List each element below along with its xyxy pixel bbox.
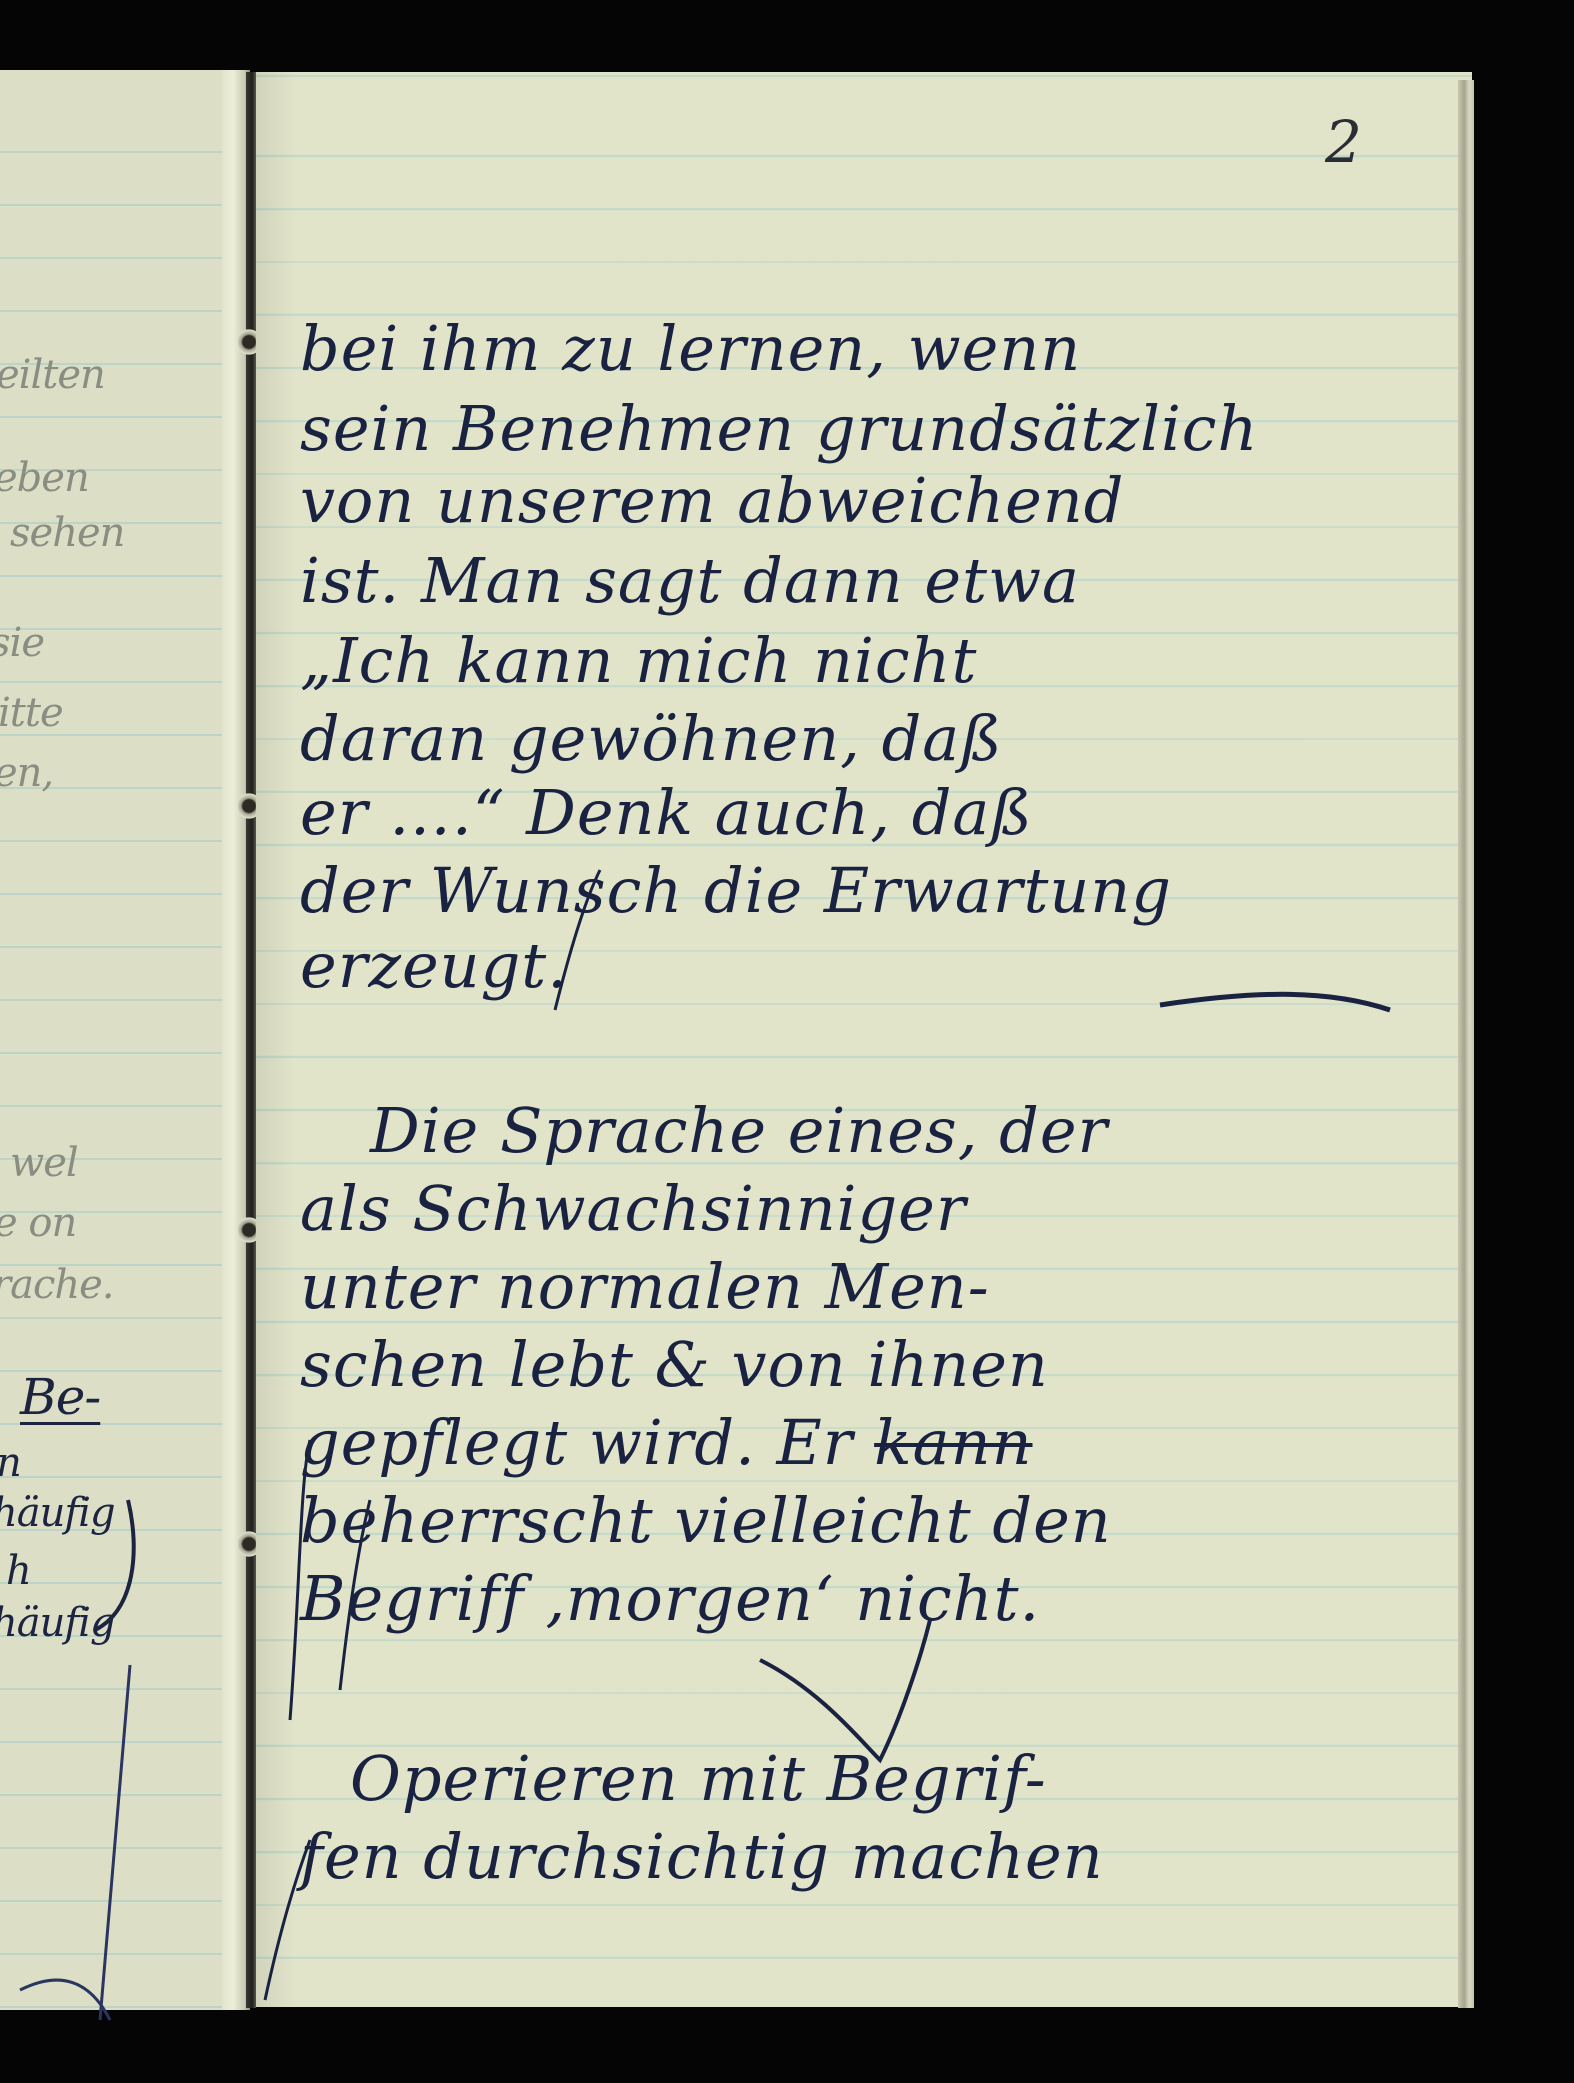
pen-flourishes <box>0 0 1574 2083</box>
notebook-scan: eilten eben sehen sie itte en, wel e on … <box>0 0 1574 2083</box>
